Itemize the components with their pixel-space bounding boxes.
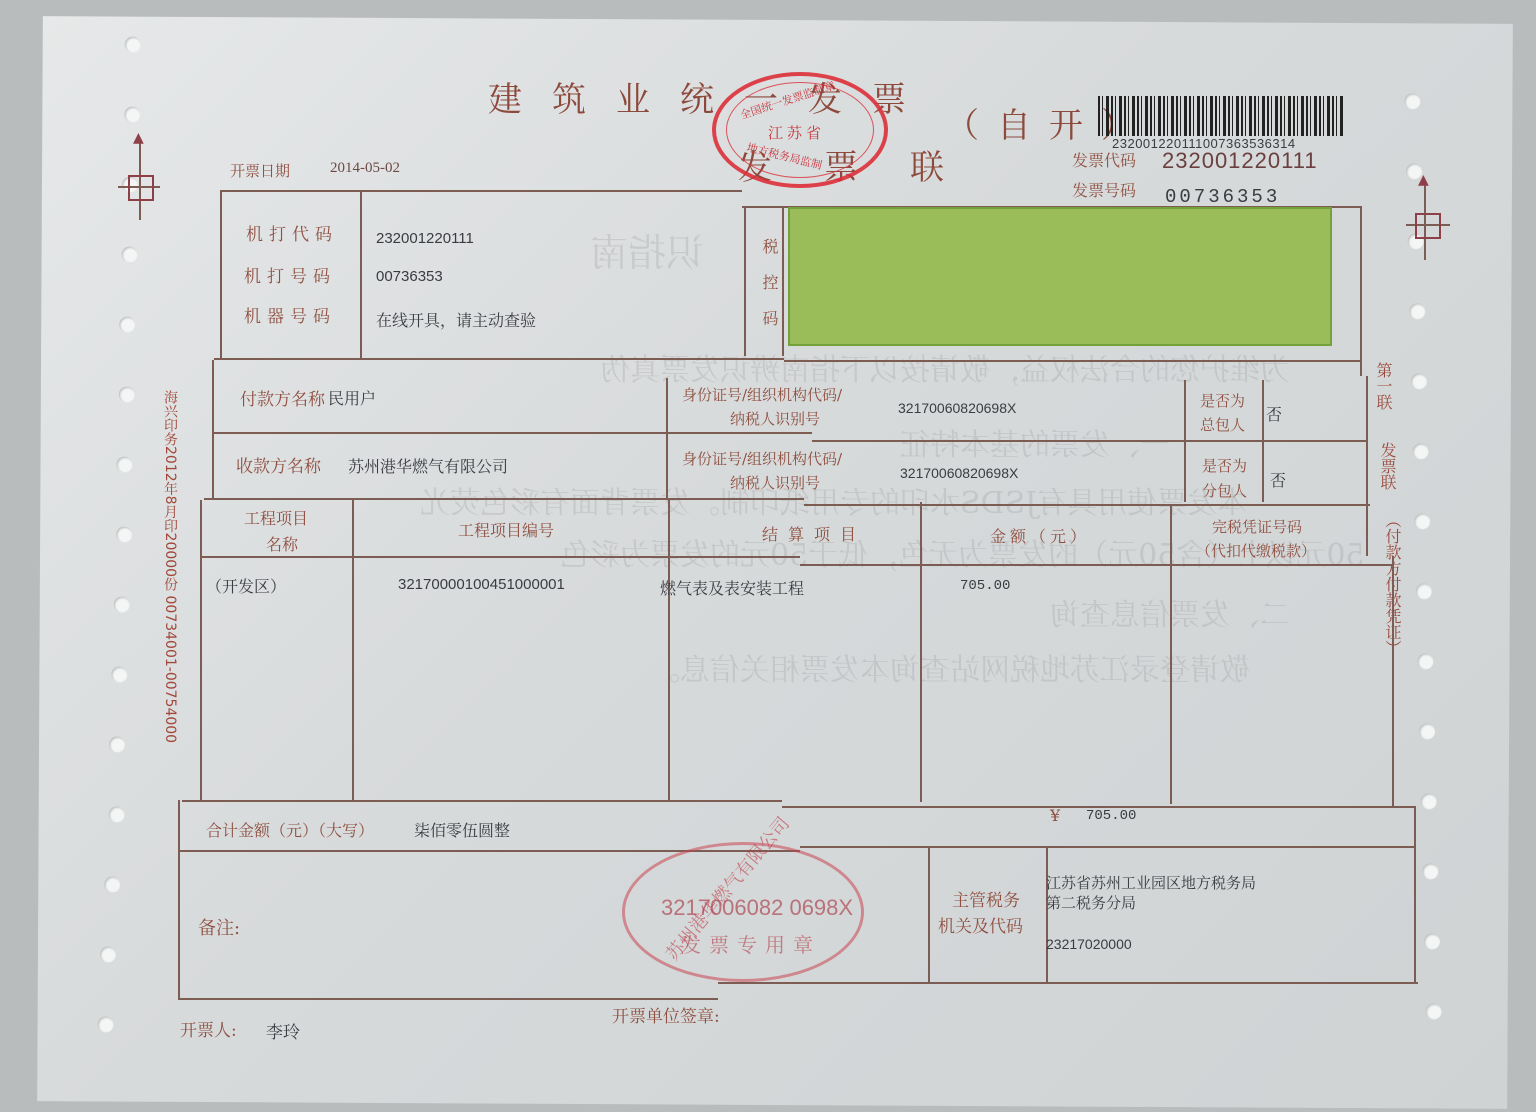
total-in-words: 柒佰零伍圆整 [414,818,510,841]
copy-indicator-2: 发票联 [1376,442,1399,490]
machine-number-label: 机打号码 [244,262,336,287]
header-project-name-1: 工程项目 [244,506,308,529]
feed-holes-right [43,16,1513,24]
item-project-name: （开发区） [206,574,286,597]
header-settlement-item: 结算项目 [762,522,866,545]
header-project-name-2: 名称 [266,532,298,555]
header-project-number: 工程项目编号 [458,518,554,541]
printer-info: 海兴印务2012年8月印20000份 00734001-00754000 [160,390,180,743]
tax-control-code-redaction [788,207,1332,346]
machine-id-value: 在线开具，请主动查验 [376,308,536,331]
subcontractor-label-2: 分包人 [1202,480,1247,501]
header-tax-cert-2: （代扣代缴税款） [1196,540,1316,561]
total-label: 合计金额（元）（大写） [206,818,374,841]
remarks-label: 备注: [198,914,240,940]
issue-date: 2014-05-02 [330,160,400,177]
tax-control-label: 税控码 [758,238,781,346]
machine-code-label: 机打代码 [246,220,338,245]
watermark-line: 敬请登录江苏地税网站查询本发票相关信息。 [650,645,1250,689]
unit-seal-label: 开票单位签章: [612,1002,720,1027]
seal-text: 江苏省 [768,122,825,143]
tax-authority-code: 23217020000 [1046,936,1132,952]
seal-purpose: 发票专用章 [681,929,821,958]
item-amount: 705.00 [960,578,1010,594]
feed-holes-left [43,16,1513,24]
machine-id-label: 机器号码 [244,302,336,327]
payer-id-label-2: 纳税人识别号 [730,408,820,429]
invoice-number: 00736353 [1165,186,1280,208]
watermark-line: 识指南 [590,222,704,277]
subcontractor-value: 否 [1270,468,1286,491]
tax-authority-name-1: 江苏省苏州工业园区地方税务局 [1046,872,1256,893]
payee-id-label-2: 纳税人识别号 [730,472,820,493]
issue-date-label: 开票日期 [230,160,290,181]
currency-symbol: ¥ [1050,806,1060,825]
payee-name-label: 收款方名称 [236,452,321,477]
header-tax-cert-1: 完税凭证号码 [1212,516,1302,537]
payee-id-label-1: 身份证号/组织机构代码/ [682,448,842,469]
payer-id-value: 32170060820698X [898,400,1016,416]
total-amount: 705.00 [1086,808,1136,824]
issuer-name: 李玲 [266,1018,300,1043]
watermark-line: 为维护您的合法权益，敬请按以下指南辨识发票真伪 [600,345,1290,389]
invoice-code: 232001220111 [1162,148,1318,174]
barcode [1098,96,1343,136]
invoice-code-label: 发票代码 [1072,148,1136,171]
company-invoice-seal: 苏州港华燃气有限公司 3217006082 0698X 发票专用章 [622,842,864,982]
item-project-number: 32170000100451000001 [398,576,565,593]
general-contractor-value: 否 [1266,402,1282,425]
payer-name-value: 民用户 [328,386,376,409]
payee-id-value: 32170060820698X [900,465,1018,481]
machine-code-value: 232001220111 [376,230,474,247]
machine-number-value: 00736353 [376,268,443,285]
general-contractor-label-2: 总包人 [1200,414,1245,435]
invoice-number-label: 发票号码 [1072,178,1136,201]
tax-authority-name-2: 第二税务分局 [1046,892,1136,913]
subcontractor-label-1: 是否为 [1202,455,1247,476]
seal-tax-id: 3217006082 0698X [661,895,853,921]
item-settlement: 燃气表及表安装工程 [660,576,804,599]
copy-indicator-1: 第一联 [1372,362,1395,410]
payer-name-label: 付款方名称 [240,385,325,410]
header-amount: 金额（元） [990,524,1090,547]
general-contractor-label-1: 是否为 [1200,390,1245,411]
tax-authority-label-2: 机关及代码 [938,912,1023,937]
payer-id-label-1: 身份证号/组织机构代码/ [682,384,842,405]
tax-bureau-seal: 全国统一发票监制章 江苏省 地方税务局监制 [712,72,888,188]
watermark-line: 一、发票的基本特征 [900,420,1170,464]
watermark-line: 本发票使用具有JSDS水印的专用纸印制。发票背面有彩色荧光 [420,478,1247,522]
tax-authority-label-1: 主管税务 [952,886,1020,911]
payee-name-value: 苏州港华燃气有限公司 [348,454,508,477]
issuer-label: 开票人: [180,1016,237,1041]
